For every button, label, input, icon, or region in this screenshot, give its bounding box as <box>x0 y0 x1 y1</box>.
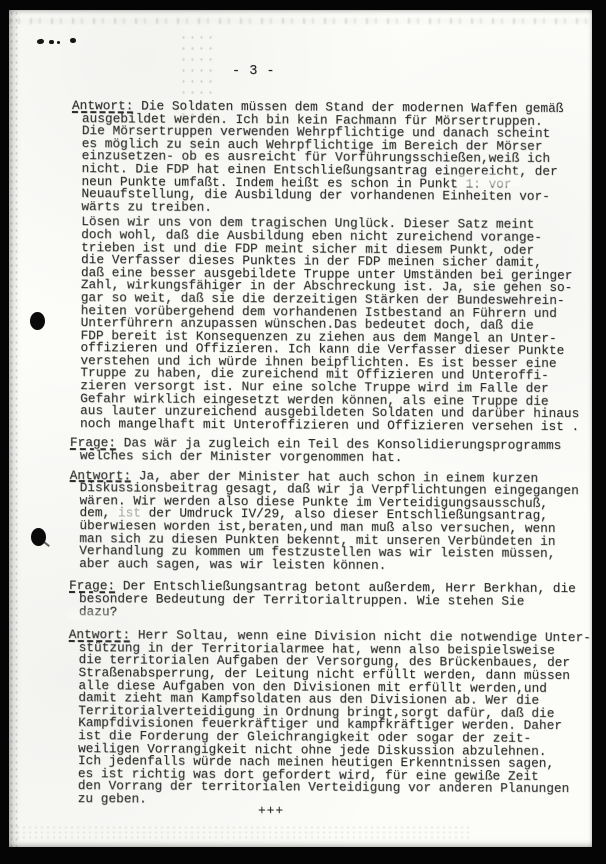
ink-smudge <box>458 174 520 187</box>
answer-block: Antwort:Die Soldaten müssen dem Stand de… <box>71 100 592 217</box>
ink-mark-dot <box>49 40 54 44</box>
text-line: besondere Bedeutung der Territorialtrupp… <box>79 593 592 609</box>
ink-smudge <box>69 610 109 621</box>
ink-mark-dot <box>57 41 60 44</box>
question-block: Frage:Der Entschließungsantrag betont au… <box>69 580 592 621</box>
scan-artifact-streak <box>9 18 592 24</box>
hole-punch-bottom <box>31 528 46 546</box>
ink-smudge <box>117 507 145 519</box>
scan-noise-left-edge <box>9 10 20 847</box>
document-page: - 3 - Antwort:Die Soldaten müssen dem St… <box>9 10 592 847</box>
answer-block: Antwort:Ja, aber der Minister hat auch s… <box>69 470 592 574</box>
text-line: noch mangelhaft mit Unteroffizieren und … <box>80 418 592 434</box>
document-body: Antwort:Die Soldaten müssen dem Stand de… <box>68 100 592 809</box>
hole-punch-top <box>30 312 45 330</box>
ink-mark-dot <box>70 38 76 44</box>
end-of-text-mark: +++ <box>258 803 284 818</box>
question-block: Frage:Das wär ja zugleich ein Teil des K… <box>70 437 592 465</box>
paragraph-block: Lösen wir uns von dem tragischen Unglück… <box>70 216 592 433</box>
answer-block: Antwort:Herr Soltau, wenn eine Division … <box>68 629 592 809</box>
scan-noise-bottom <box>9 825 472 839</box>
ink-mark-dot <box>37 39 45 45</box>
scan-border-frame: - 3 - Antwort:Die Soldaten müssen dem St… <box>0 0 606 864</box>
page-number: - 3 - <box>232 64 275 79</box>
